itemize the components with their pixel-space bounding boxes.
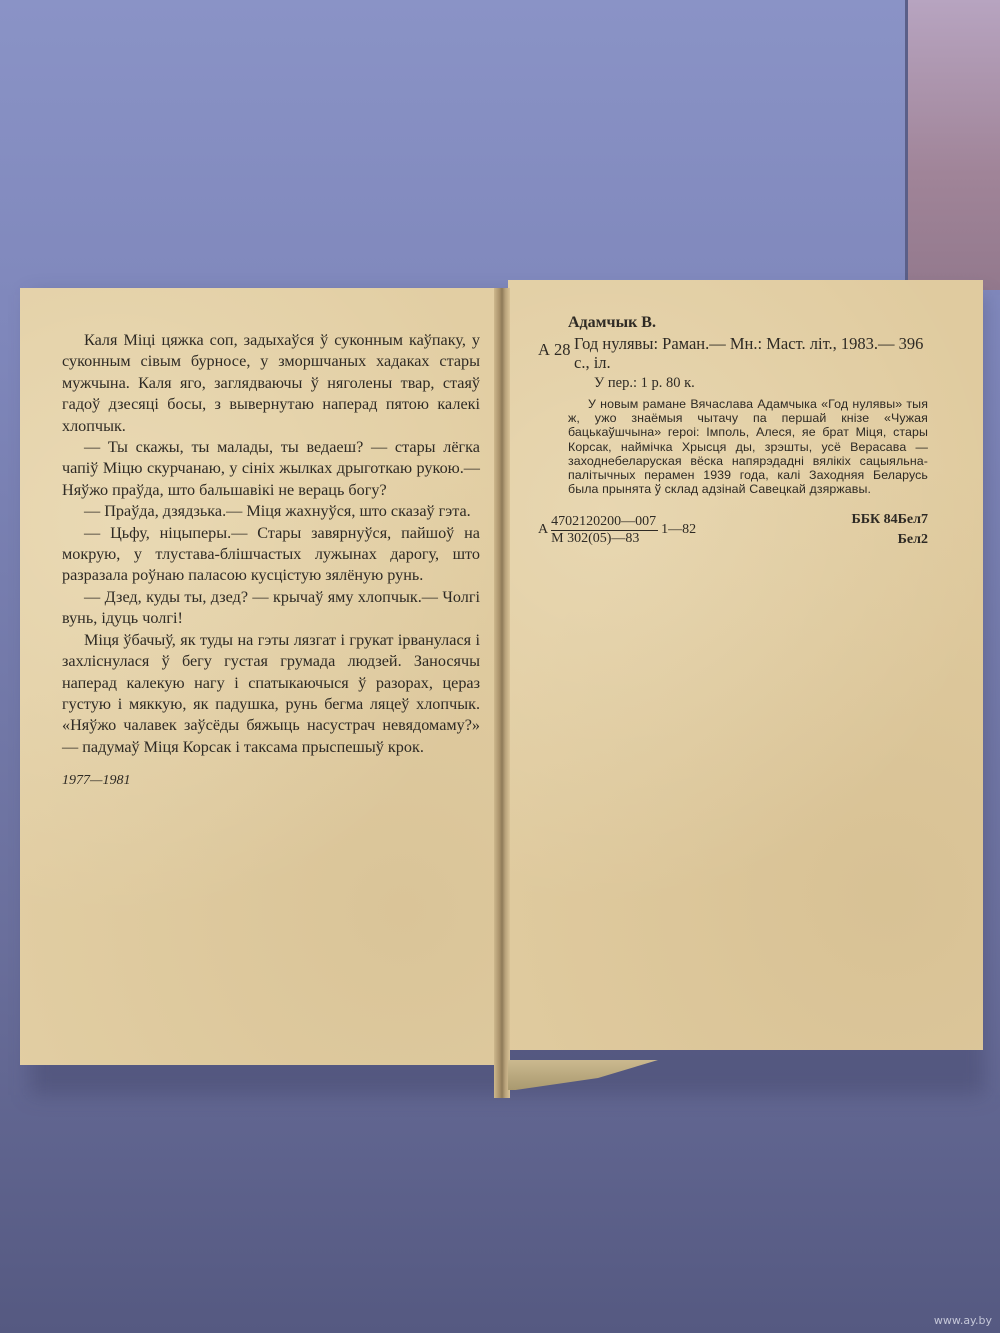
paragraph: Міця ўбачыў, як туды на гэты лязгат і гр… bbox=[62, 630, 480, 758]
fraction-numerator: 4702120200—007 bbox=[551, 514, 658, 531]
bbk-main: ББК 84Бел7 bbox=[852, 510, 929, 530]
paragraph: — Ты скажы, ты малады, ты ведаеш? — стар… bbox=[62, 437, 480, 501]
colophon: Адамчык В. А 28 Год нулявы: Раман.— Мн.:… bbox=[538, 314, 928, 550]
bibliographic-entry: А 28 Год нулявы: Раман.— Мн.: Маст. літ.… bbox=[538, 334, 928, 393]
price: У пер.: 1 р. 80 к. bbox=[594, 374, 928, 393]
paragraph: — Дзед, куды ты, дзед? — крычаў яму хлоп… bbox=[62, 587, 480, 630]
paragraph: — Цьфу, ніцыперы.— Стары завярнуўся, пай… bbox=[62, 523, 480, 587]
annotation: У новым рамане Вячаслава Адамчыка «Год н… bbox=[568, 397, 928, 496]
writing-dates: 1977—1981 bbox=[62, 770, 480, 791]
fraction-letter: А bbox=[538, 522, 548, 538]
paragraph: Каля Міці цяжка соп, задыхаўся ў суконны… bbox=[62, 330, 480, 437]
left-page-text: Каля Міці цяжка соп, задыхаўся ў суконны… bbox=[62, 330, 480, 792]
paragraph: — Праўда, дзядзька.— Міця жахнуўся, што … bbox=[62, 501, 480, 522]
bbk-sub: Бел2 bbox=[852, 530, 929, 550]
bbk-code: ББК 84Бел7 Бел2 bbox=[852, 510, 929, 550]
watermark: www.ay.by bbox=[934, 1314, 992, 1327]
background-object bbox=[905, 0, 1000, 290]
catalog-fraction: А 4702120200—007 М 302(05)—83 1—82 bbox=[538, 510, 696, 550]
bibliographic-text: Год нулявы: Раман.— Мн.: Маст. літ., 198… bbox=[574, 334, 928, 372]
fraction-denominator: М 302(05)—83 bbox=[551, 531, 658, 547]
author-name: Адамчык В. bbox=[568, 314, 928, 332]
catalog-code: А 28 bbox=[538, 334, 574, 393]
book-gutter bbox=[494, 288, 510, 1098]
catalog-line: А 4702120200—007 М 302(05)—83 1—82 ББК 8… bbox=[538, 510, 928, 550]
fraction-suffix: 1—82 bbox=[661, 522, 696, 538]
